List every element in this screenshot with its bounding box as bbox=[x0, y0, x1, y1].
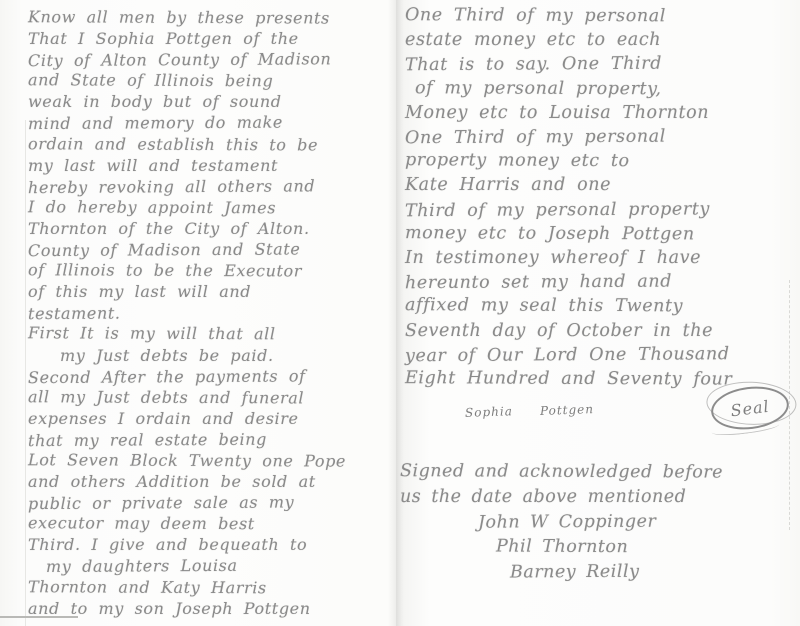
will-line: weak in body but of sound bbox=[28, 91, 390, 112]
will-line: all my Just debts and funeral bbox=[28, 386, 390, 409]
witness-signature: Barney Reilly bbox=[400, 559, 796, 586]
will-line: and State of Illinois being bbox=[28, 69, 390, 92]
will-line: of Illinois to be the Executor bbox=[28, 259, 390, 282]
will-line: Thornton of the City of Alton. bbox=[28, 218, 390, 239]
will-line: hereunto set my hand and bbox=[405, 269, 797, 296]
will-line: I do hereby appoint James bbox=[28, 196, 390, 219]
will-line: Know all men by these presents bbox=[28, 6, 390, 29]
will-line: Seventh day of October in the bbox=[405, 319, 797, 343]
left-page-fold-line bbox=[25, 120, 26, 626]
will-line: Third of my personal property bbox=[405, 196, 797, 223]
will-line: That I Sophia Pottgen of the bbox=[28, 28, 390, 49]
will-line: Thornton and Katy Harris bbox=[28, 576, 390, 599]
will-line: of this my last will and bbox=[28, 281, 390, 302]
will-line: and others Addition be sold at bbox=[28, 471, 390, 492]
attestation-line: us the date above mentioned bbox=[400, 485, 796, 510]
will-line: Money etc to Louisa Thornton bbox=[405, 101, 797, 125]
signature-row: Sophia Pottgen Seal bbox=[405, 395, 797, 445]
will-line: One Third of my personal bbox=[405, 3, 797, 29]
will-line-clause-first: First It is my will that all bbox=[28, 323, 390, 346]
will-line: executor may deem best bbox=[28, 512, 390, 535]
will-line: public or private sale as my bbox=[28, 491, 390, 514]
witness-signature: John W Coppinger bbox=[400, 509, 796, 536]
attestation-line: Signed and acknowledged before bbox=[400, 459, 796, 486]
will-line: ordain and establish this to be bbox=[28, 133, 390, 156]
will-line-clause-third: Third. I give and bequeath to bbox=[28, 534, 390, 555]
will-line: and to my son Joseph Pottgen bbox=[28, 598, 390, 619]
will-line: That is to say. One Third bbox=[405, 51, 797, 78]
will-line: estate money etc to each bbox=[405, 28, 797, 52]
seal-icon: Seal bbox=[709, 382, 792, 433]
seal-label: Seal bbox=[729, 396, 770, 420]
will-line: year of Our Lord One Thousand bbox=[405, 342, 797, 369]
will-line-clause-second: Second After the payments of bbox=[28, 364, 390, 387]
will-line: expenses I ordain and desire bbox=[28, 408, 390, 429]
testator-signature-first: Sophia bbox=[465, 404, 513, 420]
will-line: Kate Harris and one bbox=[405, 173, 797, 197]
will-line: affixed my seal this Twenty bbox=[405, 294, 797, 320]
will-line: In testimoney whereof I have bbox=[405, 246, 797, 270]
witness-signature: Phil Thornton bbox=[400, 534, 796, 561]
will-line: my daughters Louisa bbox=[28, 554, 390, 577]
will-line: hereby revoking all others and bbox=[28, 175, 390, 198]
will-line: my Just debts be paid. bbox=[28, 345, 390, 366]
will-line: City of Alton County of Madison bbox=[28, 48, 390, 71]
will-line: money etc to Joseph Pottgen bbox=[405, 221, 797, 247]
will-line: County of Madison and State bbox=[28, 238, 390, 261]
will-line: One Third of my personal bbox=[405, 124, 797, 151]
attestation-block: Signed and acknowledged before us the da… bbox=[400, 460, 796, 585]
will-page-left: Know all men by these presents That I So… bbox=[28, 7, 390, 619]
will-line: mind and memory do make bbox=[28, 111, 390, 134]
testator-signature-last: Pottgen bbox=[540, 402, 594, 418]
scanned-will-document: Know all men by these presents That I So… bbox=[0, 0, 800, 626]
will-line: property money etc to bbox=[405, 148, 797, 174]
will-line: testament. bbox=[28, 301, 390, 324]
will-page-right: One Third of my personal estate money et… bbox=[405, 4, 797, 391]
will-line: that my real estate being bbox=[28, 428, 390, 451]
will-line: Lot Seven Block Twenty one Pope bbox=[28, 449, 390, 472]
will-line: of my personal property, bbox=[405, 76, 797, 102]
will-line: my last will and testament bbox=[28, 155, 390, 176]
